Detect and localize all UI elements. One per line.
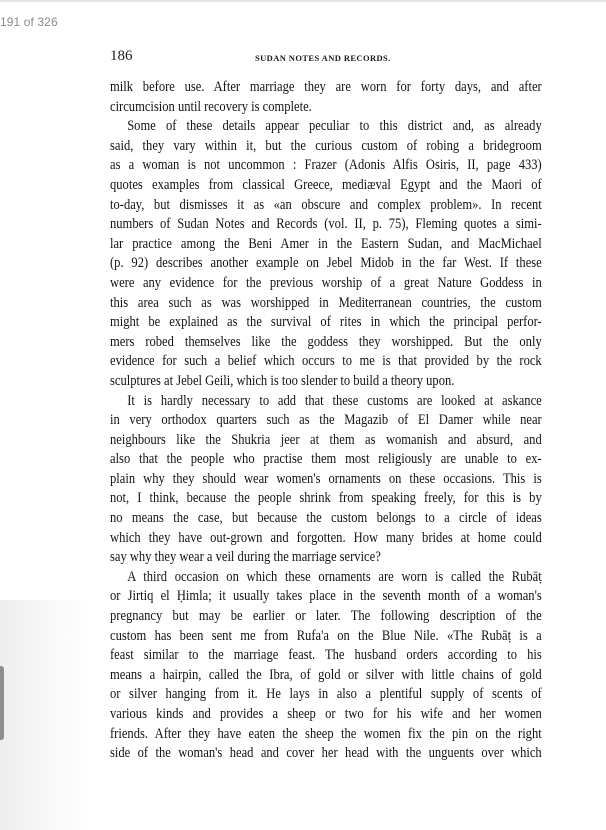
text-line: quotes examples from classical Greece, m…	[110, 176, 542, 196]
text-line: pregnancy but may be earlier or later. T…	[110, 607, 542, 627]
text-line: A third occasion on which these ornament…	[110, 568, 542, 588]
text-line: milk before use. After marriage they are…	[110, 78, 542, 98]
text-line: this area such as was worshipped in Medi…	[110, 294, 542, 314]
text-line: not, I think, because the people shrink …	[110, 489, 542, 509]
text-line: numbers of Sudan Notes and Records (vol.…	[110, 215, 542, 235]
text-line: which they have out-grown and forgotten.…	[110, 529, 542, 549]
text-line: means a hairpin, called the Ibra, of gol…	[110, 666, 542, 686]
text-line: might be explained as the survival of ri…	[110, 313, 542, 333]
body-text: milk before use. After marriage they are…	[110, 78, 542, 764]
text-line: or Jirtiq el Ḥimla; it usually takes pla…	[110, 587, 542, 607]
text-line: in very orthodox quarters such as the Ma…	[110, 411, 542, 431]
text-line: as a woman is not uncommon : Frazer (Ado…	[110, 156, 542, 176]
text-line: to-day, but dismisses it as «an obscure …	[110, 196, 542, 216]
text-line: custom has been sent me from Rufa'a on t…	[110, 627, 542, 647]
viewer-edge-shade	[0, 600, 90, 830]
text-line: say why they wear a veil during the marr…	[110, 548, 542, 568]
viewer-top-border	[0, 0, 606, 2]
text-line: lar practice among the Beni Amer in the …	[110, 235, 542, 255]
text-line: sculptures at Jebel Geili, which is too …	[110, 372, 542, 392]
text-line: plain why they should wear women's ornam…	[110, 470, 542, 490]
text-line: It is hardly necessary to add that these…	[110, 392, 542, 412]
running-head: 186 SUDAN NOTES AND RECORDS.	[110, 48, 542, 72]
text-line: neighbours like the Shukria jeer at them…	[110, 431, 542, 451]
text-line: (p. 92) describes another example on Jeb…	[110, 254, 542, 274]
text-line: no means the case, but because the custo…	[110, 509, 542, 529]
text-line: circumcision until recovery is complete.	[110, 98, 542, 118]
text-line: were any evidence for the previous worsh…	[110, 274, 542, 294]
text-line: Some of these details appear peculiar to…	[110, 117, 542, 137]
journal-title: SUDAN NOTES AND RECORDS.	[255, 53, 391, 63]
document-page: 186 SUDAN NOTES AND RECORDS. milk before…	[110, 48, 542, 764]
text-line: various kinds and provides a sheep or tw…	[110, 705, 542, 725]
text-line: side of the woman's head and cover her h…	[110, 744, 542, 764]
text-line: also that the people who practise them m…	[110, 450, 542, 470]
text-line: said, they vary within it, but the curio…	[110, 137, 542, 157]
page-counter: 191 of 326	[0, 15, 58, 29]
printed-page-number: 186	[110, 48, 133, 65]
text-line: evidence for such a belief which occurs …	[110, 352, 542, 372]
text-line: friends. After they have eaten the sheep…	[110, 725, 542, 745]
text-line: mers robed themselves like the goddess t…	[110, 333, 542, 353]
scroll-handle[interactable]	[0, 666, 4, 740]
text-line: or silver hanging from it. He lays in al…	[110, 685, 542, 705]
text-line: feast similar to the marriage feast. The…	[110, 646, 542, 666]
